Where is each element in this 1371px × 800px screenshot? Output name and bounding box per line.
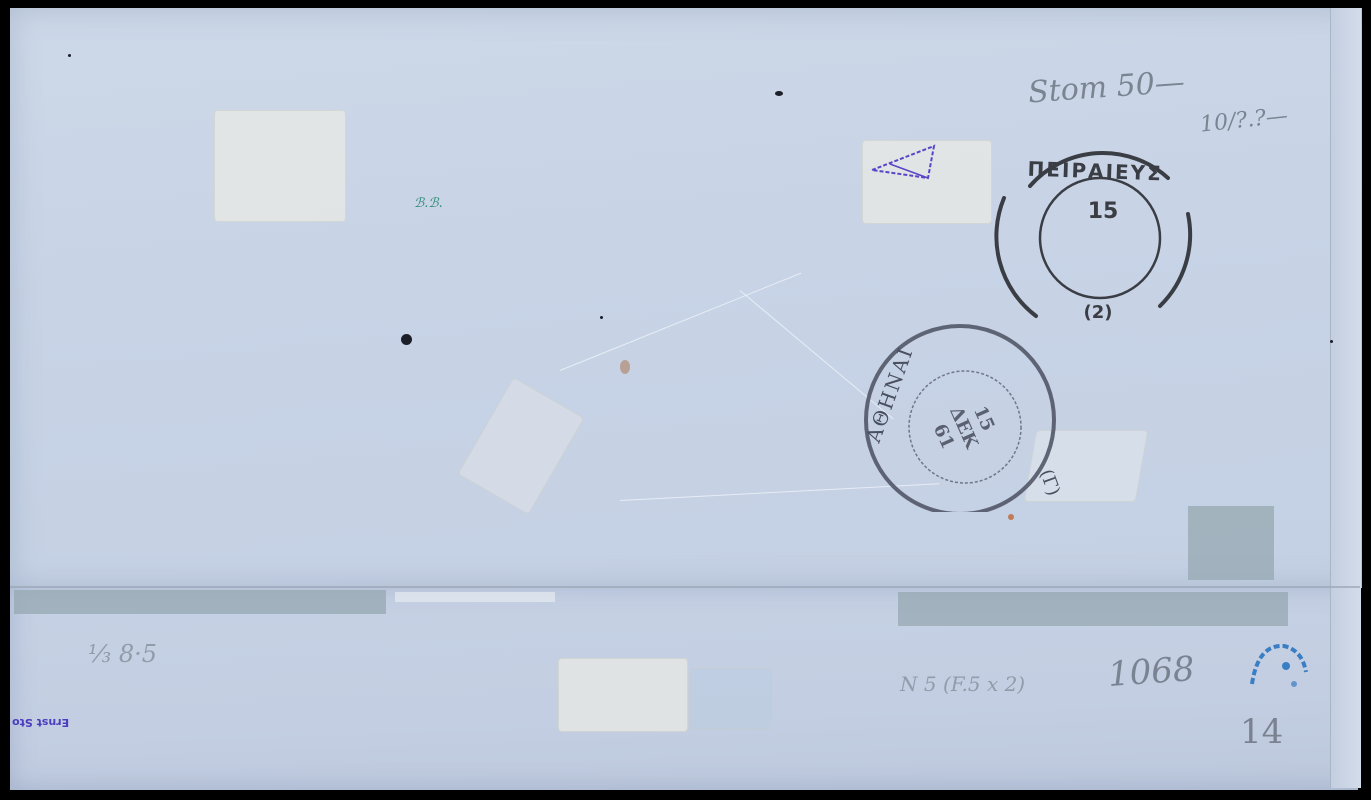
- stamp-hinge-remnant: [690, 668, 772, 730]
- blue-partial-mark: [1246, 636, 1316, 696]
- pencil-note-left: ⅓ 8·5: [88, 640, 157, 668]
- ink-speck: [600, 316, 603, 319]
- ink-speck: [1330, 340, 1333, 343]
- tape-remnant: [1188, 506, 1274, 580]
- violet-triangle-mark: [868, 142, 938, 182]
- pencil-note-number: 1068: [1107, 649, 1196, 695]
- dealer-handstamp: Ernst Sto: [12, 716, 69, 729]
- peiraieus-code: (2): [1084, 302, 1113, 323]
- rust-stain: [620, 360, 630, 374]
- ink-speck: [775, 91, 783, 96]
- green-initials-mark: ℬ.ℬ.: [414, 196, 443, 211]
- peiraieus-town: ΠΕΙΡΑΙΕΥΣ: [1027, 157, 1163, 186]
- pencil-note-14: 14: [1240, 712, 1283, 752]
- tape-remnant: [898, 592, 1288, 626]
- tape-remnant: [14, 590, 386, 614]
- stamp-hinge-remnant: [558, 658, 688, 732]
- tape-remnant: [395, 592, 555, 602]
- fold-line: [10, 586, 1360, 588]
- folded-right-edge: [1330, 8, 1361, 788]
- ink-speck: [68, 54, 71, 57]
- rust-stain: [1008, 514, 1014, 520]
- peiraieus-postmark: ΠΕΙΡΑΙΕΥΣ 15 (2): [990, 128, 1200, 328]
- athinai-code: (Γ): [1035, 467, 1064, 499]
- peiraieus-day: 15: [1088, 199, 1119, 224]
- pencil-note-reference: N 5 (F.5 x 2): [900, 672, 1025, 696]
- stamp-hinge-remnant: [214, 110, 346, 222]
- ink-speck: [401, 334, 412, 345]
- athinai-postmark: ΑΘΗΝΑΙ 15 ΔΕΚ 61 (Γ): [860, 322, 1080, 512]
